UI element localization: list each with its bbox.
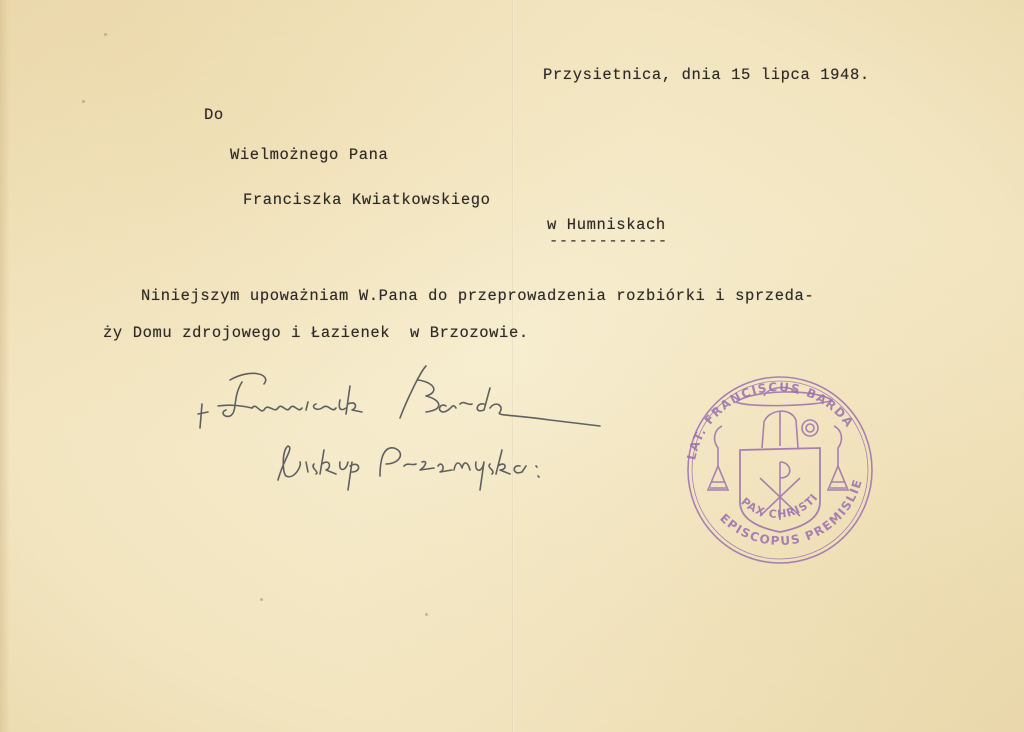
recipient-name: Franciszka Kwiatkowskiego xyxy=(243,191,491,209)
salutation: Do xyxy=(204,106,224,124)
body-line-1: Niniejszym upoważniam W.Pana do przeprow… xyxy=(141,287,814,305)
paper-speck xyxy=(260,598,263,601)
recipient-location-underline: ------------ xyxy=(549,232,668,250)
body-line-2: ży Domu zdrojowego i Łazienek w Brzozowi… xyxy=(103,324,529,342)
handwritten-signature xyxy=(190,362,610,502)
paper-speck xyxy=(104,33,107,36)
paper-speck xyxy=(82,100,85,103)
place-date: Przysietnica, dnia 15 lipca 1948. xyxy=(543,66,870,84)
recipient-title: Wielmożnego Pana xyxy=(230,146,388,164)
episcopal-stamp: LAT. FRANCISCUS BARDA EPISCOPUS PREMISLI… xyxy=(672,370,882,570)
paper-speck xyxy=(425,613,428,616)
letter-page: Przysietnica, dnia 15 lipca 1948. Do Wie… xyxy=(0,0,1024,732)
paper-edge-shadow xyxy=(0,0,10,732)
